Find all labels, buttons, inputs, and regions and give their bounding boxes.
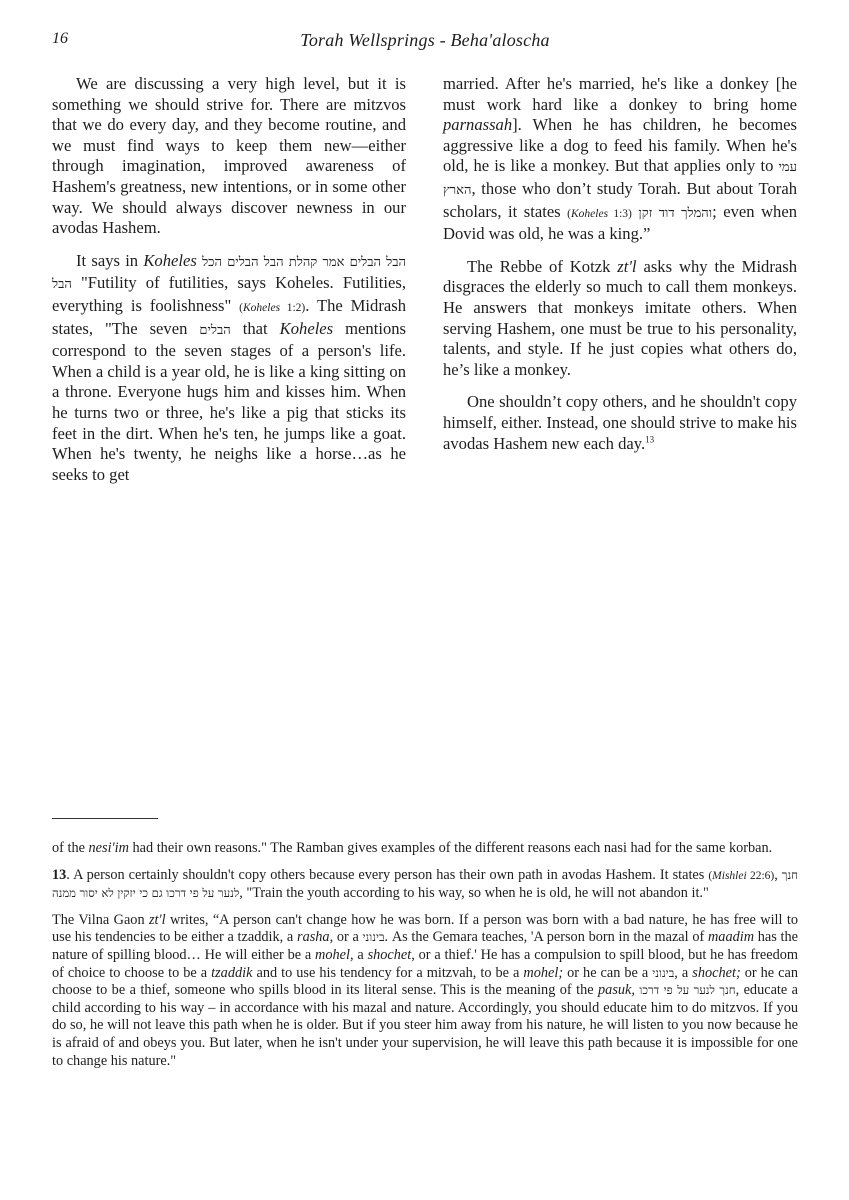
parnassah-term: parnassah (443, 115, 512, 134)
footnote-ref-13[interactable]: 13 (645, 434, 654, 444)
hebrew-quote: והמלך דוד זקן (638, 206, 712, 221)
koheles-term: Koheles (280, 319, 333, 338)
running-title: Torah Wellsprings - Beha'aloscha (52, 30, 798, 51)
hebrew-term: הבלים (199, 323, 230, 338)
koheles-term: Koheles (143, 251, 196, 270)
paragraph-newness: We are discussing a very high level, but… (52, 74, 406, 239)
right-column: married. After he's married, he's like a… (443, 74, 797, 466)
citation: (Mishlei 22:6) (708, 870, 774, 882)
footnote-number: 13 (52, 867, 66, 883)
footnote-vilna-gaon: The Vilna Gaon zt'l writes, “A person ca… (52, 912, 798, 1070)
footnotes: of the nesi'im had their own reasons." T… (52, 840, 798, 1079)
footnote-continued: of the nesi'im had their own reasons." T… (52, 840, 798, 858)
citation: (Koheles 1:2) (239, 302, 305, 314)
paragraph-koheles-midrash: It says in Koheles הבל הבלים אמר קהלת הב… (52, 251, 406, 486)
paragraph-copy-himself: One shouldn’t copy others, and he should… (443, 392, 797, 454)
left-column: We are discussing a very high level, but… (52, 74, 406, 497)
footnote-13: 13. A person certainly shouldn't copy ot… (52, 867, 798, 903)
paragraph-midrash-continued: married. After he's married, he's like a… (443, 74, 797, 245)
footnote-separator (52, 818, 158, 819)
page-header: 16 Torah Wellsprings - Beha'aloscha (52, 30, 798, 54)
citation: (Koheles 1:3) (567, 208, 632, 220)
ztl-abbrev: zt'l (617, 257, 636, 276)
paragraph-kotzk: The Rebbe of Kotzk zt'l asks why the Mid… (443, 257, 797, 381)
